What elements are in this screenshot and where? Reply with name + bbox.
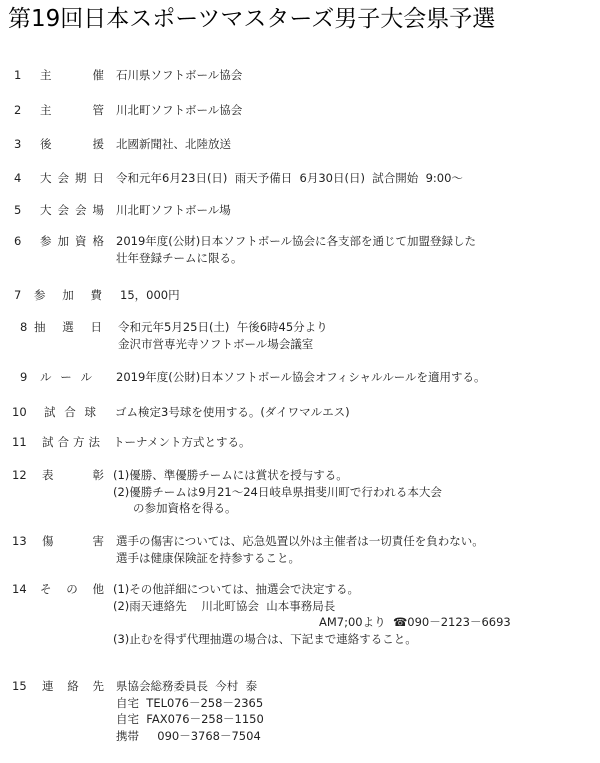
- item-label: 連 絡 先: [42, 678, 104, 695]
- item-number: 6: [14, 233, 34, 250]
- item-number: 11: [12, 434, 32, 451]
- item-value: 県協会総務委員長 今村 泰 自宅 TEL076－258－2365 自宅 FAX0…: [116, 678, 264, 744]
- item-number: 1: [14, 67, 34, 84]
- item-value: 令和元年5月25日(土) 午後6時45分より 金沢市営専光寺ソフトボール場会議室: [118, 319, 328, 352]
- rain-contact-phone: AM7;00より ☎090－2123－6693: [113, 614, 511, 631]
- item-value: (1)優勝、準優勝チームには賞状を授与する。 (2)優勝チームは9月21〜24日…: [113, 467, 442, 517]
- item-value: ゴム検定3号球を使用する。(ダイワマルエス): [115, 404, 350, 421]
- item-label: 表 彰: [42, 467, 104, 484]
- item-number: 10: [12, 404, 32, 421]
- item-label: 主 催: [40, 67, 104, 84]
- item-label: 参 加 費: [34, 287, 102, 304]
- item-label: 傷 害: [42, 533, 104, 550]
- item-label: 試 合 球: [44, 404, 96, 421]
- home-tel: 自宅 TEL076－258－2365: [116, 695, 264, 712]
- item-value: 選手の傷害については、応急処置以外は主催者は一切責任を負わない。 選手は健康保険…: [116, 533, 484, 566]
- item-value: 石川県ソフトボール協会: [116, 67, 242, 84]
- item-label: 後 援: [40, 136, 104, 153]
- document-title: 第19回日本スポーツマスターズ男子大会県予選: [8, 4, 495, 34]
- home-fax: 自宅 FAX076－258－1150: [116, 711, 264, 728]
- item-label: 試 合 方 法: [42, 434, 100, 451]
- item-number: 13: [12, 533, 32, 550]
- item-value: 川北町ソフトボール場: [116, 202, 231, 219]
- item-number: 7: [14, 287, 34, 304]
- item-value: 令和元年6月23日(日) 雨天予備日 6月30日(日) 試合開始 9:00〜: [116, 170, 463, 187]
- item-number: 15: [12, 678, 32, 695]
- item-label: 抽 選 日: [34, 319, 102, 336]
- item-label: 参 加 資 格: [40, 233, 104, 250]
- item-value: 2019年度(公財)日本ソフトボール協会オフィシャルルールを適用する。: [116, 369, 486, 386]
- item-value: トーナメント方式とする。: [113, 434, 251, 451]
- item-value: (1)その他詳細については、抽選会で決定する。 (2)雨天連絡先 川北町協会 山…: [113, 581, 511, 647]
- item-number: 14: [12, 581, 32, 598]
- item-value: 川北町ソフトボール協会: [116, 102, 242, 119]
- item-label: 主 管: [40, 102, 104, 119]
- item-number: 9: [20, 369, 40, 386]
- item-value: 2019年度(公財)日本ソフトボール協会に各支部を通じて加盟登録した 壮年登録チ…: [116, 233, 476, 266]
- item-number: 3: [14, 136, 34, 153]
- item-number: 2: [14, 102, 34, 119]
- item-label: そ の 他: [40, 581, 104, 598]
- item-value: 北國新聞社、北陸放送: [116, 136, 231, 153]
- telephone-icon: ☎: [393, 615, 407, 629]
- item-value: 15，000円: [120, 287, 180, 304]
- item-number: 5: [14, 202, 34, 219]
- item-number: 4: [14, 170, 34, 187]
- phone-number: 090－2123－6693: [407, 615, 510, 629]
- item-label: ル ー ル: [40, 369, 92, 386]
- item-number: 12: [12, 467, 32, 484]
- mobile-phone: 携帯 090－3768－7504: [116, 728, 264, 745]
- item-label: 大 会 期 日: [40, 170, 104, 187]
- item-label: 大 会 会 場: [40, 202, 104, 219]
